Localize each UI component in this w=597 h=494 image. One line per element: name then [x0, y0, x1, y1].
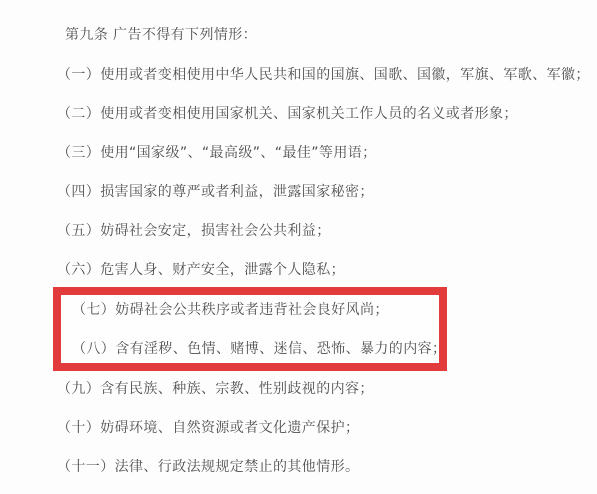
- clause-item-10: （十）妨碍环境、自然资源或者文化遗产保护；: [57, 420, 597, 436]
- clause-item-5: （五）妨碍社会安定，损害社会公共利益；: [57, 223, 597, 239]
- clause-item-11: （十一）法律、行政法规规定禁止的其他情形。: [57, 459, 597, 475]
- clause-item-1: （一）使用或者变相使用中华人民共和国的国旗、国歌、国徽，军旗、军歌、军徽；: [57, 67, 597, 83]
- clause-item-8: （八）含有淫秽、色情、赌博、迷信、恐怖、暴力的内容；: [72, 341, 439, 357]
- clause-item-9: （九）含有民族、种族、宗教、性别歧视的内容；: [57, 381, 597, 397]
- article-body: 第九条 广告不得有下列情形： （一）使用或者变相使用中华人民共和国的国旗、国歌、…: [0, 0, 597, 475]
- red-highlight-annotation: （七）妨碍社会公共秩序或者违背社会良好风尚； （八）含有淫秽、色情、赌博、迷信、…: [53, 287, 447, 371]
- clause-item-7: （七）妨碍社会公共秩序或者违背社会良好风尚；: [72, 302, 439, 318]
- article-heading: 第九条 广告不得有下列情形：: [65, 27, 597, 43]
- document-page: 第九条 广告不得有下列情形： （一）使用或者变相使用中华人民共和国的国旗、国歌、…: [0, 0, 597, 494]
- clause-item-6: （六）危害人身、财产安全，泄露个人隐私；: [57, 262, 597, 278]
- clause-item-2: （二）使用或者变相使用国家机关、国家机关工作人员的名义或者形象；: [57, 106, 597, 122]
- clause-item-4: （四）损害国家的尊严或者利益，泄露国家秘密；: [57, 184, 597, 200]
- clause-item-3: （三）使用“国家级”、“最高级”、“最佳”等用语；: [57, 145, 597, 161]
